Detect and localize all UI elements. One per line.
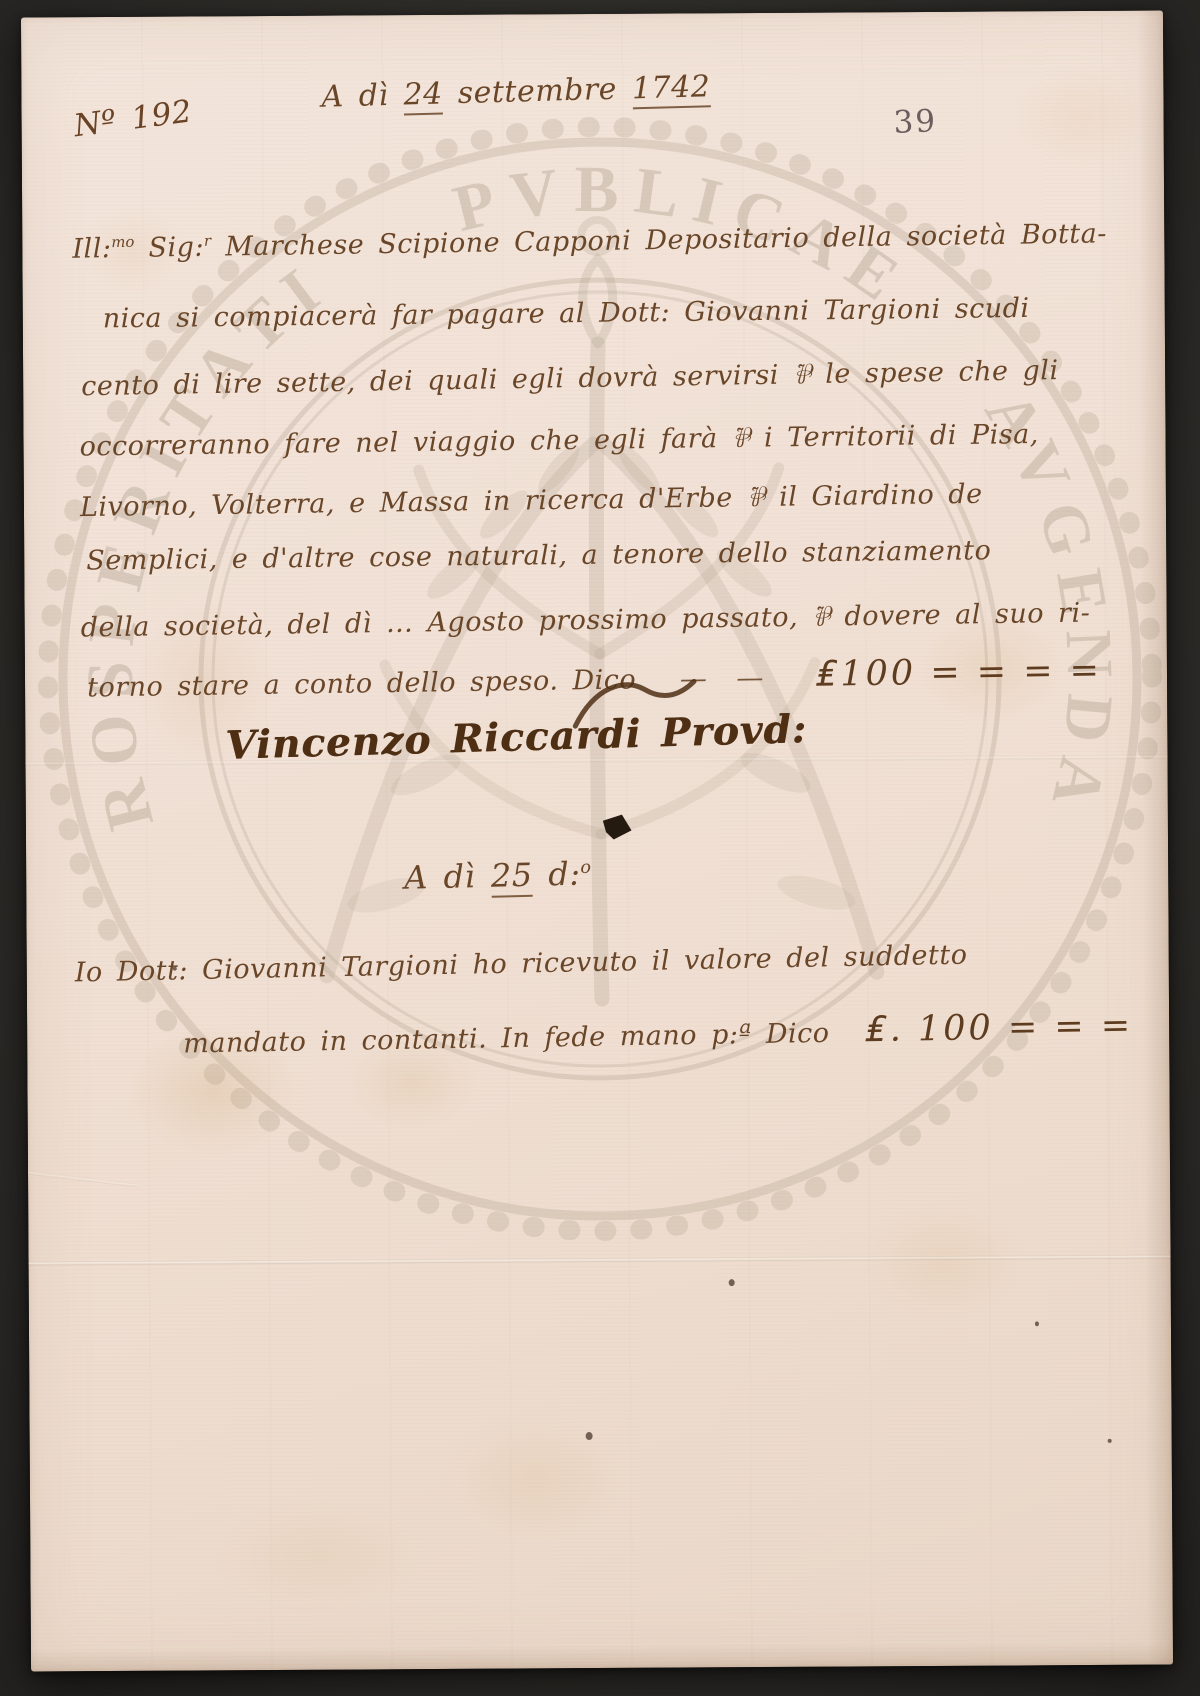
- folio-number: 39: [893, 103, 938, 141]
- signature-paraph: [570, 675, 700, 736]
- body-line-2: nica si compiacerà far pagare al Dott: G…: [103, 293, 1030, 335]
- title-abbrev: Sig:: [134, 232, 204, 264]
- fold-crease: [29, 1255, 1171, 1266]
- body-line-4: occorreranno fare nel viaggio che egli f…: [79, 414, 1039, 464]
- second-date-day: 25: [490, 856, 533, 898]
- second-date-sup: o: [580, 858, 591, 878]
- body-line-8-text: torno stare a conto dello speso. Dico: [87, 664, 637, 703]
- ink-speck: [1035, 1321, 1039, 1326]
- paper-stain: [440, 1414, 631, 1545]
- salutation-abbrev: Ill:: [72, 233, 112, 265]
- receipt-line-2-text: mandato in contanti. In fede mano p:ª Di…: [183, 1018, 830, 1060]
- paper-edge-shadow: [1137, 11, 1173, 1665]
- receipt-amount: ₤. 100 = = =: [864, 1006, 1133, 1050]
- second-date-prefix: A dì: [404, 857, 492, 897]
- body-line-1: Ill:mo Sig:r Marchese Scipione Capponi D…: [72, 218, 1107, 264]
- paper-stain: [858, 1201, 1029, 1322]
- date-prefix: A dì: [321, 78, 404, 115]
- date-month: settembre: [442, 71, 632, 111]
- salutation-sup: mo: [111, 233, 134, 251]
- paper-stain: [1011, 61, 1152, 172]
- order-amount: ₤100 = = = =: [815, 650, 1102, 694]
- body-line-1-text: Marchese Scipione Capponi Depositario de…: [211, 218, 1107, 262]
- receipt-line-1: Io Dott: Giovanni Targioni ho ricevuto i…: [75, 940, 968, 989]
- date-year: 1742: [631, 69, 710, 109]
- date-day: 24: [403, 76, 443, 115]
- ink-speck: [586, 1432, 593, 1440]
- body-line-5: Livorno, Volterra, e Massa in ricerca d'…: [80, 474, 983, 524]
- manuscript-paper: PROSPERITATI PVBLICAE AVGENDAE: [21, 11, 1173, 1672]
- paper-stain: [210, 1495, 431, 1616]
- ink-speck: [729, 1279, 735, 1286]
- ink-blot: [600, 811, 635, 843]
- paper-edge-shadow: [31, 1642, 1173, 1671]
- second-date-line: A dì 25 d:o: [404, 854, 592, 896]
- body-line-6: Semplici, e d'altre cose naturali, a ten…: [86, 535, 991, 576]
- fold-crease-corner: [28, 1171, 138, 1188]
- body-line-3: cento di lire sette, dei quali egli dovr…: [81, 350, 1059, 403]
- date-line: A dì 24 settembre 1742: [321, 69, 711, 115]
- ink-speck: [1108, 1439, 1112, 1443]
- receipt-line-2: mandato in contanti. In fede mano p:ª Di…: [183, 1006, 1134, 1062]
- body-line-7: della società, del dì … Agosto prossimo …: [80, 593, 1090, 645]
- second-date-suffix: d:: [532, 855, 581, 894]
- doc-number: Nº 192: [72, 93, 194, 144]
